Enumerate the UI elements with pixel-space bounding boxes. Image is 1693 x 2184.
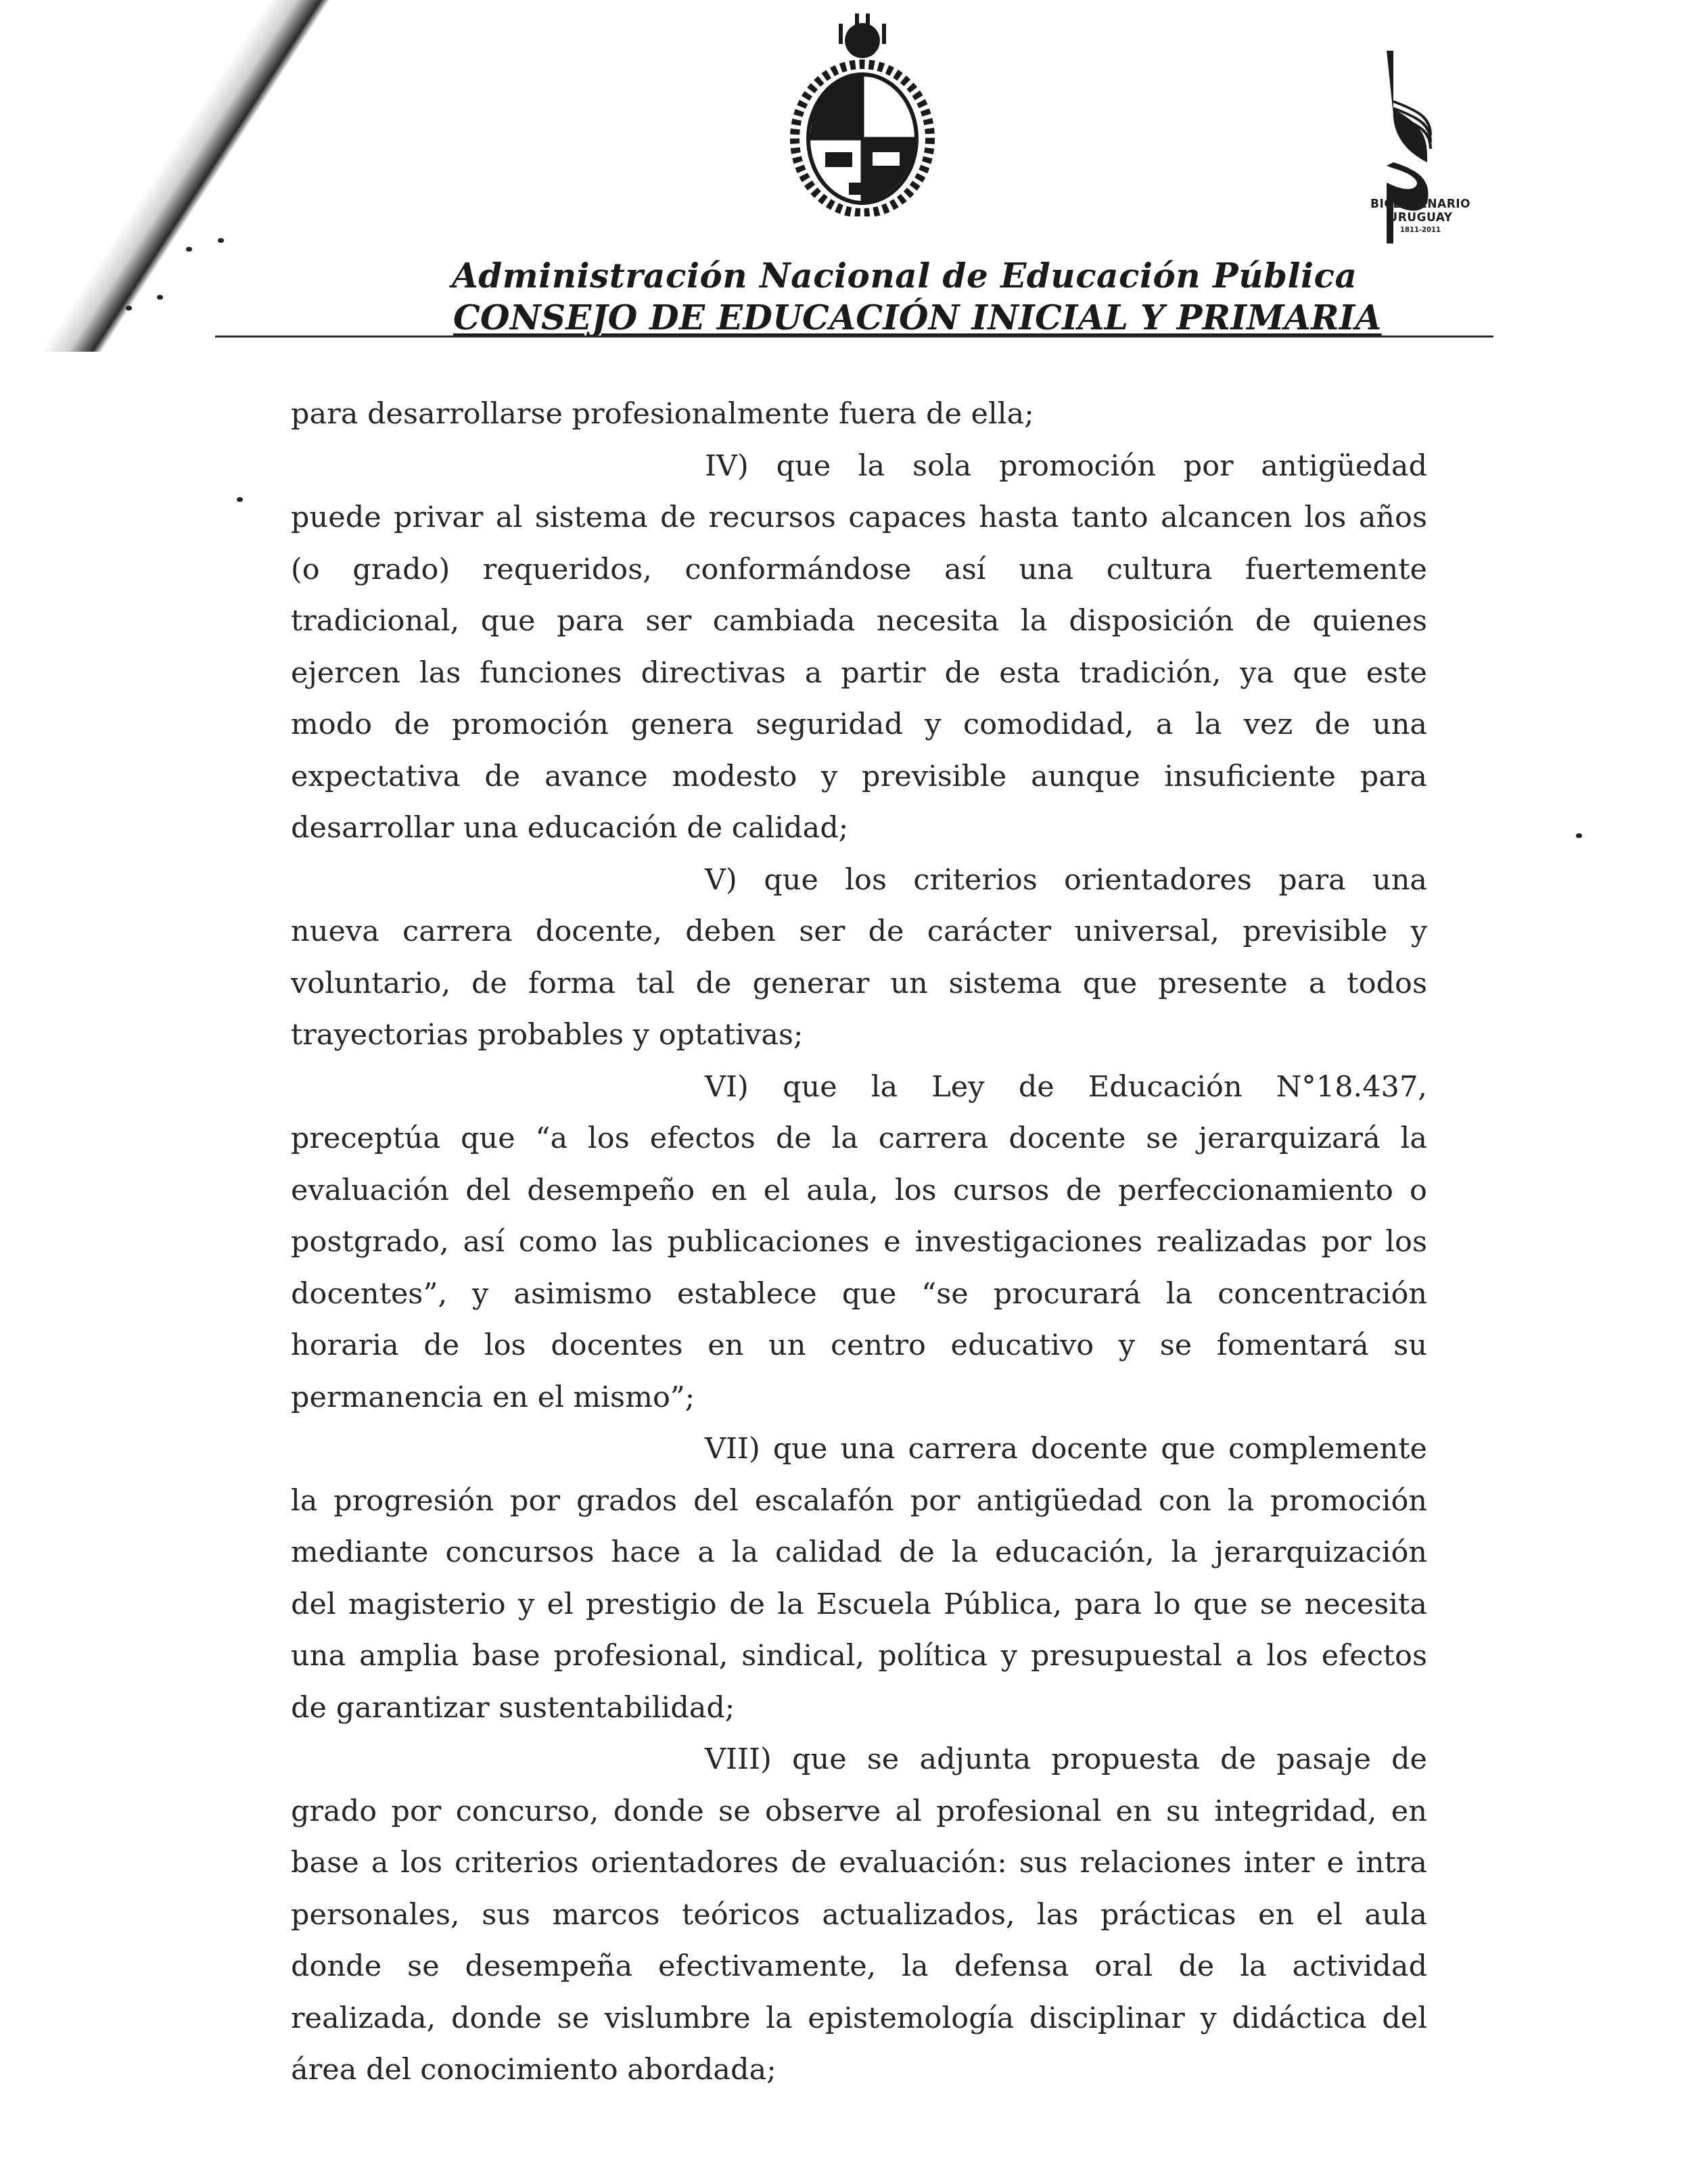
text-line: desarrollar una educación de calidad;	[291, 802, 1427, 854]
bicentenario-line1: BICENTENARIO	[1346, 198, 1495, 211]
text-line: trayectorias probables y optativas;	[291, 1009, 1427, 1061]
bicentenario-caption: BICENTENARIO URUGUAY 1811-2011	[1346, 198, 1495, 234]
scan-speck	[1576, 833, 1582, 838]
scan-speck	[126, 306, 132, 310]
text-line: horaria de los docentes en un centro edu…	[291, 1320, 1427, 1372]
scan-speck	[237, 497, 243, 502]
text-line: expectativa de avance modesto y previsib…	[291, 751, 1427, 803]
text-line: personales, sus marcos teóricos actualiz…	[291, 1889, 1427, 1941]
numbered-paragraph-start: IV) que la sola promoción por antigüedad	[291, 440, 1427, 492]
uruguay-coat-of-arms-icon	[771, 14, 954, 216]
document-body: para desarrollarse profesionalmente fuer…	[291, 388, 1427, 2096]
text-line: nueva carrera docente, deben ser de cará…	[291, 906, 1427, 958]
numbered-paragraph-start: VIII) que se adjunta propuesta de pasaje…	[291, 1734, 1427, 1786]
text-line: base a los criterios orientadores de eva…	[291, 1837, 1427, 1889]
text-line: para desarrollarse profesionalmente fuer…	[291, 388, 1427, 440]
text-line: la progresión por grados del escalafón p…	[291, 1475, 1427, 1527]
text-line: (o grado) requeridos, conformándose así …	[291, 544, 1427, 596]
text-line: docentes”, y asimismo establece que “se …	[291, 1268, 1427, 1320]
text-line: tradicional, que para ser cambiada neces…	[291, 595, 1427, 647]
scan-speck	[218, 238, 224, 243]
text-line: ejercen las funciones directivas a parti…	[291, 647, 1427, 699]
text-line: grado por concurso, donde se observe al …	[291, 1786, 1427, 1838]
numbered-paragraph-start: V) que los criterios orientadores para u…	[291, 854, 1427, 906]
bicentenario-line2: URUGUAY	[1346, 211, 1495, 225]
text-line: postgrado, así como las publicaciones e …	[291, 1216, 1427, 1268]
text-line: de garantizar sustentabilidad;	[291, 1682, 1427, 1734]
text-line: realizada, donde se vislumbre la epistem…	[291, 1993, 1427, 2045]
text-line: permanencia en el mismo”;	[291, 1372, 1427, 1424]
scan-speck	[186, 247, 192, 252]
text-line: preceptúa que “a los efectos de la carre…	[291, 1113, 1427, 1165]
numbered-paragraph-start: VII) que una carrera docente que complem…	[291, 1423, 1427, 1475]
scan-speck	[157, 295, 163, 300]
header-divider	[215, 335, 1493, 338]
text-line: modo de promoción genera seguridad y com…	[291, 699, 1427, 751]
text-line: puede privar al sistema de recursos capa…	[291, 492, 1427, 544]
bicentenario-years: 1811-2011	[1346, 227, 1495, 234]
text-line: mediante concursos hace a la calidad de …	[291, 1527, 1427, 1579]
numbered-paragraph-start: VI) que la Ley de Educación N°18.437,	[291, 1061, 1427, 1113]
council-name: CONSEJO DE EDUCACIÓN INICIAL Y PRIMARIA	[453, 298, 1382, 338]
text-line: área del conocimiento abordada;	[291, 2044, 1427, 2096]
institution-name: Administración Nacional de Educación Púb…	[452, 256, 1357, 296]
scan-shadow-artifact	[41, 0, 348, 352]
text-line: voluntario, de forma tal de generar un s…	[291, 958, 1427, 1010]
text-line: del magisterio y el prestigio de la Escu…	[291, 1579, 1427, 1631]
text-line: donde se desempeña efectivamente, la def…	[291, 1941, 1427, 1993]
text-line: una amplia base profesional, sindical, p…	[291, 1630, 1427, 1682]
text-line: evaluación del desempeño en el aula, los…	[291, 1165, 1427, 1217]
